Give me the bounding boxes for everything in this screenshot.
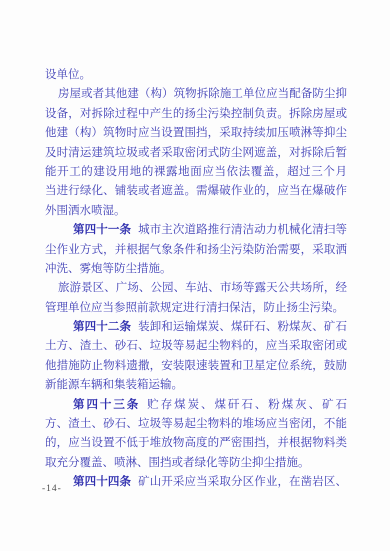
text-line: 尘作业方式，并根据气象条件和扬尘污染防治需要，采取洒水、 (45, 241, 347, 260)
page-number: -14- (42, 484, 62, 494)
text-line: 设备，对拆除过程中产生的扬尘污染控制负责。拆除房屋或者其 (45, 105, 347, 124)
text-line: 第四十三条贮存煤炭、煤矸石、粉煤灰、矿石（料）、土 (45, 396, 347, 415)
text-line: 第四十四条矿山开采应当采取分区作业，在凿岩区、石料 (45, 473, 347, 492)
text-line: 及时清运建筑垃圾或者采取密闭式防尘网遮盖，对拆除后暂时不 (45, 144, 347, 163)
text-line: 冲洗、雾炮等防尘措施。 (45, 260, 347, 279)
text-line: 第四十一条城市主次道路推行清洁动力机械化清扫等低 (45, 221, 347, 240)
text-line: 管理单位应当参照前款规定进行清扫保洁，防止扬尘污染。 (45, 299, 347, 318)
article-number-heading: 第四十二条 (73, 321, 131, 333)
text-line: 能开工的建设用地的裸露地面应当依法覆盖，超过三个月的，应 (45, 163, 347, 182)
text-line: 第四十二条装卸和运输煤炭、煤矸石、粉煤灰、矿石（料）、 (45, 318, 347, 337)
text-line: 方、渣土、砂石、垃圾等易起尘物料的堆场应当密闭，不能密闭 (45, 415, 347, 434)
text-line: 他措施防止物料遗撒，安装限速装置和卫星定位系统，鼓励采用 (45, 357, 347, 376)
text-line: 取充分覆盖、喷淋、围挡或者绿化等防尘抑尘措施。 (45, 454, 347, 473)
text-line: 的，应当设置不低于堆放物高度的严密围挡，并根据物料类别采 (45, 434, 347, 453)
text-line: 旅游景区、广场、公园、车站、市场等露天公共场所，经营 (45, 279, 347, 298)
article-number-heading: 第四十一条 (73, 224, 131, 236)
text-line: 外围洒水喷湿。 (45, 202, 347, 221)
document-page: 设单位。房屋或者其他建（构）筑物拆除施工单位应当配备防尘抑尘设备，对拆除过程中产… (0, 0, 390, 551)
text-line: 设单位。 (45, 66, 347, 85)
text-line: 当进行绿化、铺装或者遮盖。需爆破作业的，应当在爆破作业区 (45, 182, 347, 201)
article-number-heading: 第四十四条 (73, 476, 131, 488)
document-body: 设单位。房屋或者其他建（构）筑物拆除施工单位应当配备防尘抑尘设备，对拆除过程中产… (45, 66, 347, 493)
text-line: 房屋或者其他建（构）筑物拆除施工单位应当配备防尘抑尘 (45, 85, 347, 104)
text-line: 他建（构）筑物时应当设置围挡，采取持续加压喷淋等抑尘措施， (45, 124, 347, 143)
text-line: 新能源车辆和集装箱运输。 (45, 376, 347, 395)
text-line: 土方、渣土、砂石、垃圾等易起尘物料的，应当采取密闭或者其 (45, 337, 347, 356)
article-number-heading: 第四十三条 (73, 399, 140, 411)
